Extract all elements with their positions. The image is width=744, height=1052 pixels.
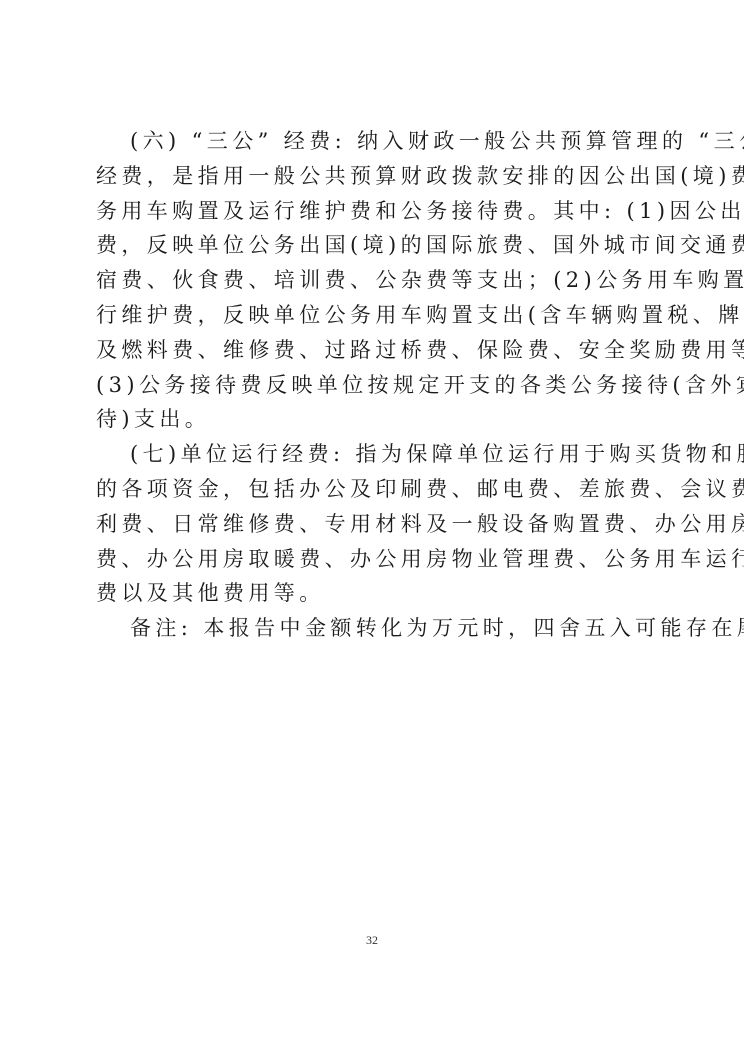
text-line: 费以及其他费用等。 (96, 576, 652, 611)
text-line: 及燃料费、维修费、过路过桥费、保险费、安全奖励费用等支出; (96, 333, 652, 368)
text-line: 待)支出。 (96, 402, 652, 437)
text-line: 行维护费，反映单位公务用车购置支出(含车辆购置税、牌照费) (96, 298, 652, 333)
paragraph-sangong-expenses: (六) “三公” 经费: 纳入财政一般公共预算管理的 “三公” 经费，是指用一般… (96, 124, 652, 437)
text-line: 宿费、伙食费、培训费、公杂费等支出；(2)公务用车购置及运 (96, 263, 652, 298)
paragraph-operating-expenses: (七)单位运行经费: 指为保障单位运行用于购买货物和服务 的各项资金，包括办公及… (96, 437, 652, 611)
body-text: (六) “三公” 经费: 纳入财政一般公共预算管理的 “三公” 经费，是指用一般… (96, 124, 652, 646)
text-line: 经费，是指用一般公共预算财政拨款安排的因公出国(境)费、公 (96, 159, 652, 194)
text-line: 费、办公用房取暖费、办公用房物业管理费、公务用车运行维护 (96, 542, 652, 577)
text-line: (七)单位运行经费: 指为保障单位运行用于购买货物和服务 (96, 437, 652, 472)
text-line: 费，反映单位公务出国(境)的国际旅费、国外城市间交通费、住 (96, 228, 652, 263)
text-line: (六) “三公” 经费: 纳入财政一般公共预算管理的 “三公” (96, 124, 652, 159)
document-page: (六) “三公” 经费: 纳入财政一般公共预算管理的 “三公” 经费，是指用一般… (0, 0, 744, 1052)
text-line: 务用车购置及运行维护费和公务接待费。其中: (1)因公出国(境) (96, 194, 652, 229)
text-line: 利费、日常维修费、专用材料及一般设备购置费、办公用房水电 (96, 507, 652, 542)
text-line: 备注: 本报告中金额转化为万元时，四舍五入可能存在尾差。 (96, 611, 652, 646)
paragraph-note: 备注: 本报告中金额转化为万元时，四舍五入可能存在尾差。 (96, 611, 652, 646)
text-line: (3)公务接待费反映单位按规定开支的各类公务接待(含外宾接 (96, 368, 652, 403)
page-number: 32 (0, 933, 744, 948)
text-line: 的各项资金，包括办公及印刷费、邮电费、差旅费、会议费、福 (96, 472, 652, 507)
